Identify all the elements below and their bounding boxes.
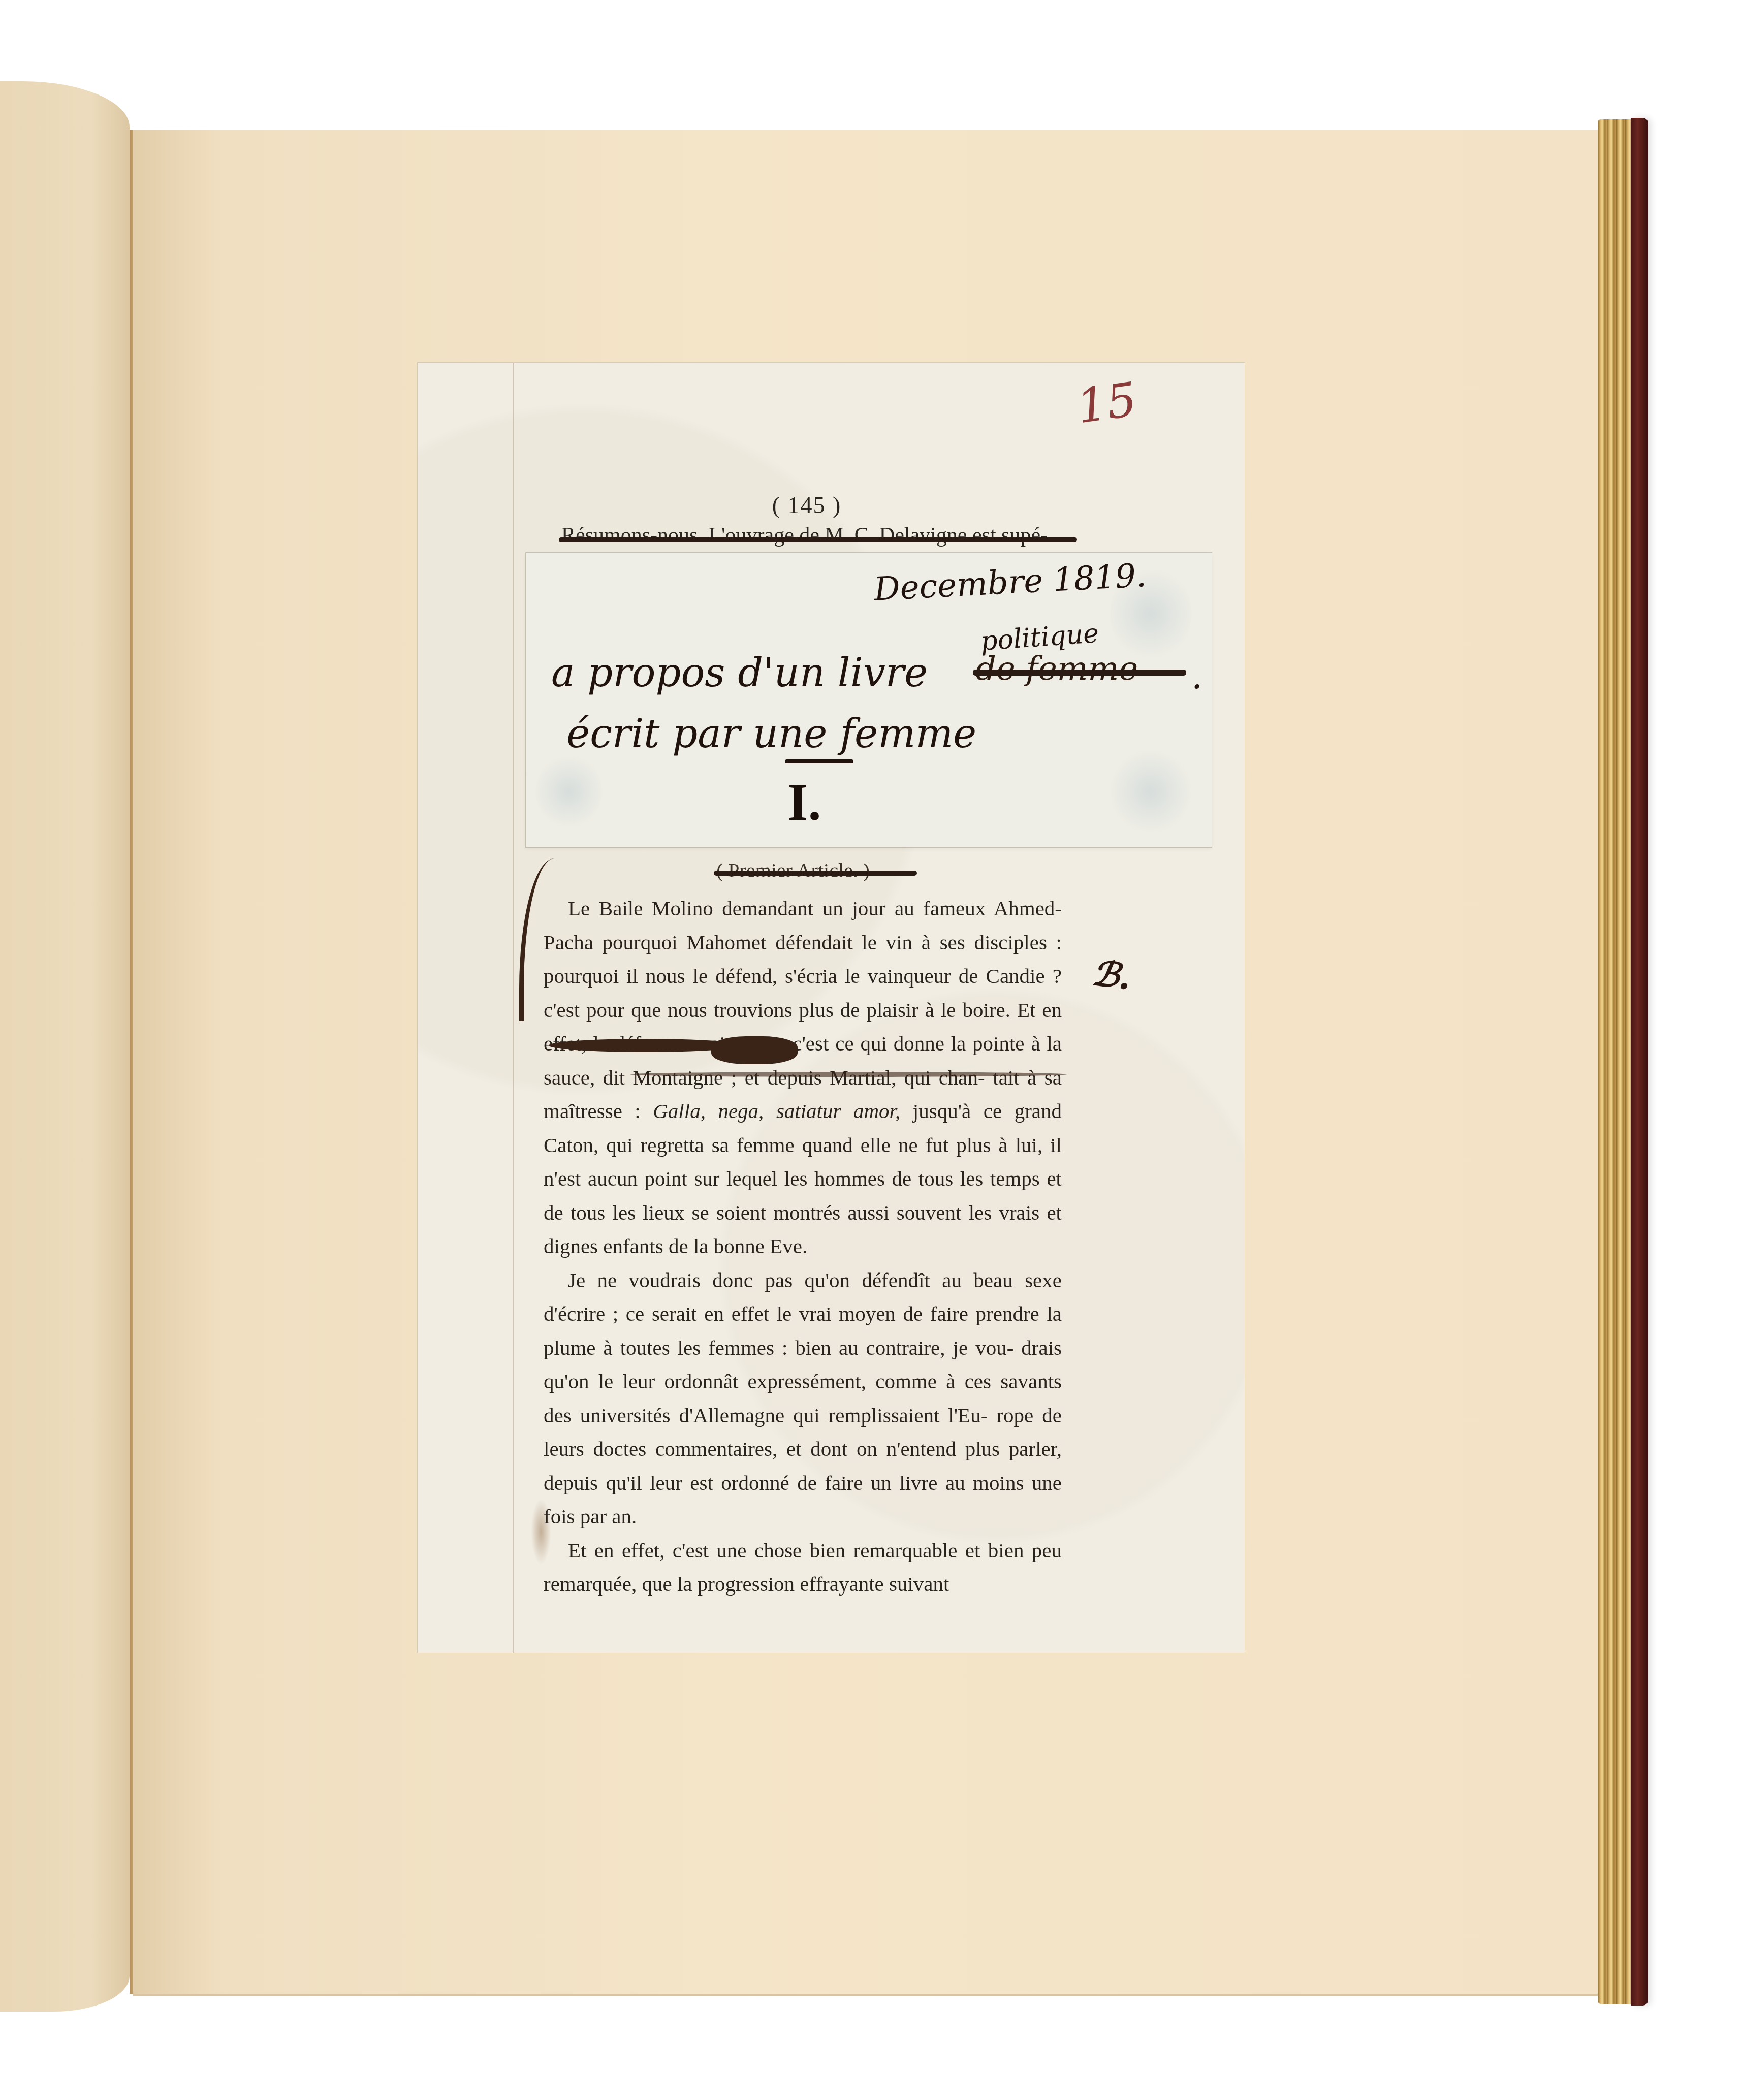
ink-strike-blot [630, 1072, 1067, 1077]
paragraph-3: Et en effet, c'est une chose bien remarq… [544, 1534, 1062, 1601]
text-line: Le Baile Molino demandant un jour au fam… [568, 897, 1062, 920]
folio-annotation-red: 15 [1073, 372, 1140, 434]
slip-ghost-mark [1110, 746, 1191, 837]
text-line: Et en effet, c'est une chose bien remarq… [568, 1539, 1024, 1562]
printed-body-text: Le Baile Molino demandant un jour au fam… [544, 892, 1062, 1601]
printed-page-number: ( 145 ) [751, 492, 863, 519]
leather-cover-edge [1631, 118, 1648, 2006]
text-line: Je ne voudrais donc pas qu'on défendît a… [568, 1268, 1062, 1292]
text-fragment: jusqu'à [900, 1099, 971, 1123]
handwritten-title-line-1: a propos d'un livre [551, 650, 928, 696]
text-line: d'écrire ; ce serait en effet le vrai mo… [544, 1302, 1039, 1325]
handwritten-strikethrough [973, 670, 1186, 676]
handwritten-title-slip [526, 553, 1212, 847]
handwritten-title-line-2: écrit par une femme [566, 711, 976, 757]
paragraph-1: Le Baile Molino demandant un jour au fam… [544, 892, 1062, 1263]
leaf-fold-line [513, 363, 514, 1653]
ink-strike-blot [711, 1036, 798, 1064]
handwritten-numeral: I. [787, 772, 821, 833]
struck-header-text: Résumons-nous. L'ouvrage de M. C. Delavi… [561, 524, 1048, 547]
slip-ghost-mark [536, 751, 602, 832]
handwritten-struck-word: de femme [975, 650, 1138, 688]
gilt-page-edges [1598, 119, 1633, 2004]
left-page-curl [0, 81, 130, 2012]
handwritten-margin-mark: ℬ. [1090, 952, 1134, 998]
header-strikethrough [559, 537, 1077, 542]
latin-quote: Galla, nega, satiatur amor, [653, 1099, 900, 1123]
title-line-1-text: a propos d'un livre [551, 650, 928, 696]
handwritten-period: . [1191, 655, 1202, 697]
text-line: Pacha pourquoi Mahomet défendait le vin … [544, 931, 1062, 954]
handwritten-rule [785, 759, 853, 763]
paragraph-2: Je ne voudrais donc pas qu'on défendît a… [544, 1263, 1062, 1534]
subtitle-strikethrough [714, 871, 917, 876]
struck-header-line: Résumons-nous. L'ouvrage de M. C. Delavi… [561, 523, 1069, 548]
text-line: c'est pour que nous trouvions plus de pl… [544, 998, 1035, 1022]
text-line: pourquoi il nous le défend, s'écria le v… [544, 964, 1062, 988]
